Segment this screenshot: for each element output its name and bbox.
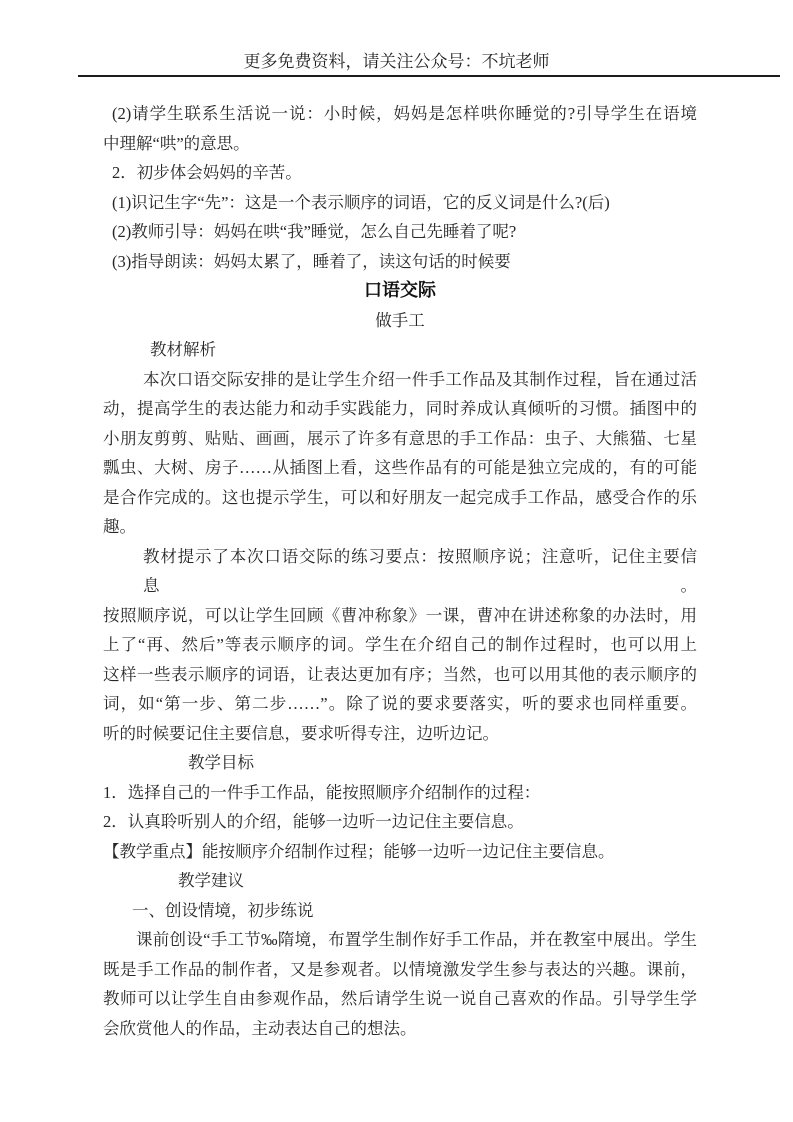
text-line: 课前创设“手工节‰隋境，布置学生制作好手工作品，并在教室中展出。学生 [103,925,697,955]
text-line: 教材解析 [103,335,697,365]
text-line: 词，如“第一步、第二步……”。除了说的要求要落实，听的要求也同样重要。 [103,689,697,719]
text-line: (2)教师引导：妈妈在哄“我”睡觉，怎么自己先睡着了呢? [103,217,697,247]
text-line: 2．初步体会妈妈的辛苦。 [103,158,697,188]
text-line: 上了“再、然后”等表示顺序的词。学生在介绍自己的制作过程时，也可以用上 [103,630,697,660]
text-line: 中理解“哄”的意思。 [103,129,697,159]
text-line: 教材提示了本次口语交际的练习要点：按照顺序说；注意听，记住主要信息。 [103,542,697,601]
text-line: 2．认真聆听别人的介绍，能够一边听一边记住主要信息。 [103,807,697,837]
header-notice: 更多免费资料，请关注公众号：不坑老师 [0,50,793,74]
text-line: 既是手工作品的制作者，又是参观者。以情境激发学生参与表达的兴趣。课前， [103,955,697,985]
text-line: 做手工 [103,306,697,336]
text-line: 听的时候要记住主要信息，要求听得专注，边听边记。 [103,719,697,749]
text-line: 一、创设情境，初步练说 [103,896,697,926]
text-line: 是合作完成的。这也提示学生，可以和好朋友一起完成手工作品，感受合作的乐 [103,483,697,513]
text-line: 按照顺序说，可以让学生回顾《曹冲称象》一课，曹冲在讲述称象的办法时，用 [103,601,697,631]
text-line: 教师可以让学生自由参观作品，然后请学生说一说自己喜欢的作品。引导学生学 [103,984,697,1014]
text-line: 动，提高学生的表达能力和动手实践能力，同时养成认真倾听的习惯。插图中的 [103,394,697,424]
text-line: 趣。 [103,512,697,542]
text-line: 教学目标 [103,748,697,778]
text-line: (2)请学生联系生活说一说：小时候，妈妈是怎样哄你睡觉的?引导学生在语境 [103,99,697,129]
text-line: 会欣赏他人的作品，主动表达自己的想法。 [103,1014,697,1044]
text-line: 教学建议 [103,866,697,896]
text-line: 本次口语交际安排的是让学生介绍一件手工作品及其制作过程，旨在通过活 [103,365,697,395]
text-line: (1)识记生字“先”：这是一个表示顺序的词语，它的反义词是什么?(后) [103,188,697,218]
text-line: 这样一些表示顺序的词语，让表达更加有序；当然，也可以用其他的表示顺序的 [103,660,697,690]
text-line: (3)指导朗读：妈妈太累了，睡着了，读这句话的时候要 [103,247,697,277]
text-line: 【教学重点】能按顺序介绍制作过程；能够一边听一边记住主要信息。 [103,837,697,867]
text-line: 瓢虫、大树、房子……从插图上看，这些作品有的可能是独立完成的，有的可能 [103,453,697,483]
document-page: 更多免费资料，请关注公众号：不坑老师 (2)请学生联系生活说一说：小时候，妈妈是… [0,0,793,1122]
section-heading: 口语交际 [103,276,697,306]
document-body: (2)请学生联系生活说一说：小时候，妈妈是怎样哄你睡觉的?引导学生在语境中理解“… [103,99,697,1043]
header-divider [78,75,780,77]
text-line: 小朋友剪剪、贴贴、画画，展示了许多有意思的手工作品：虫子、大熊猫、七星 [103,424,697,454]
text-line: 1．选择自己的一件手工作品，能按照顺序介绍制作的过程： [103,778,697,808]
